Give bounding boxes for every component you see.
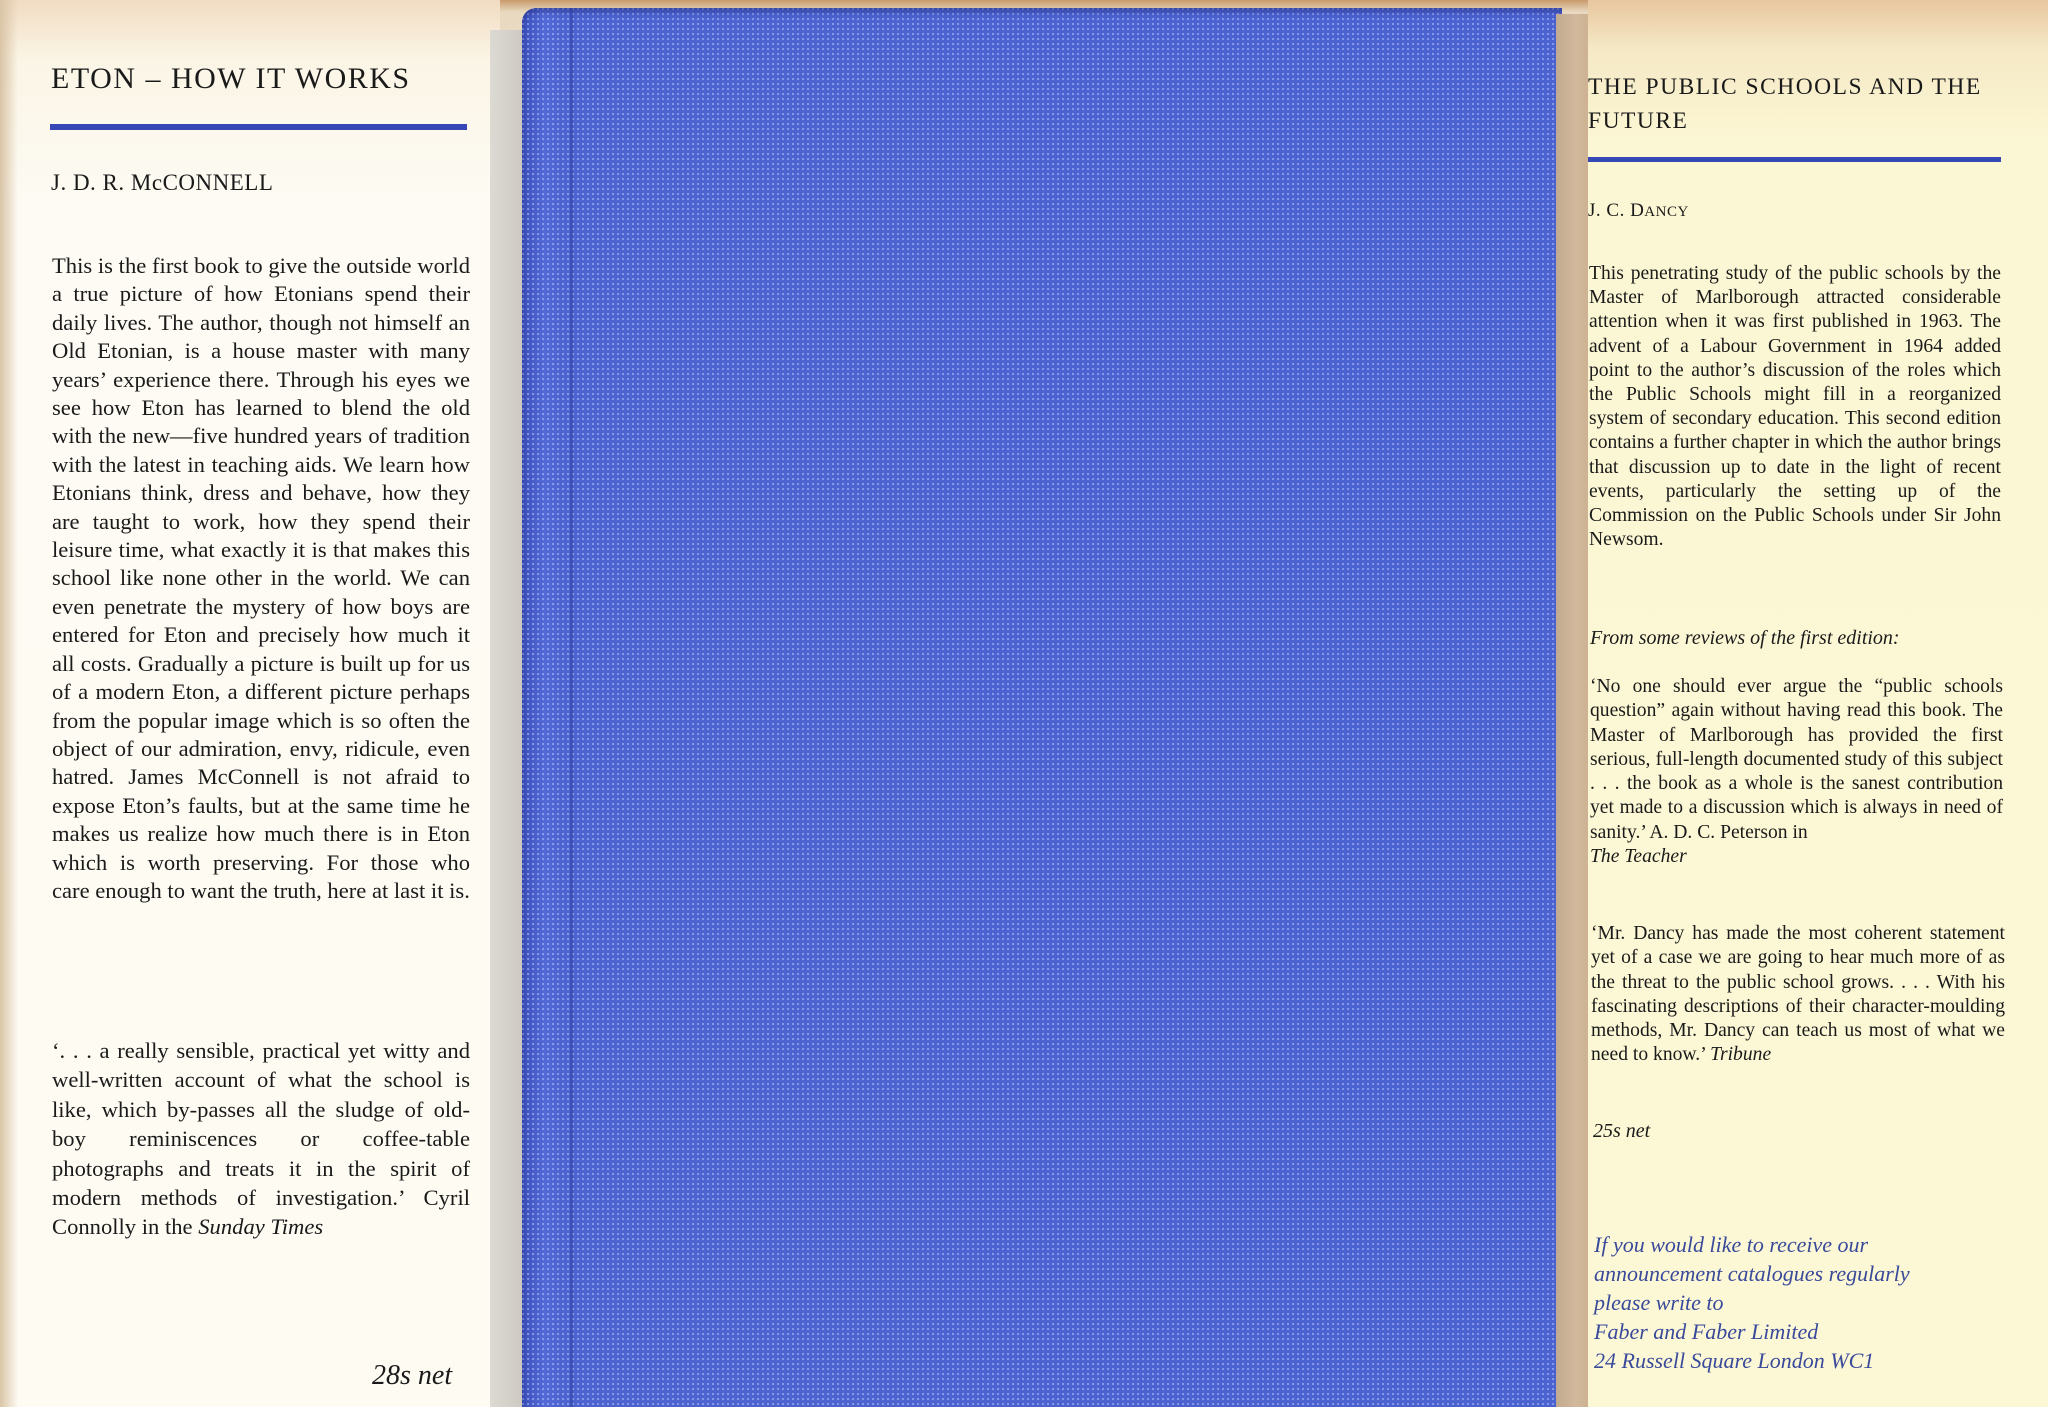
review-source: Tribune <box>1710 1044 1771 1065</box>
review-source: The Teacher <box>1590 846 1687 867</box>
right-flap-title-rule <box>1588 157 2001 162</box>
blue-cloth-board <box>522 8 1562 1407</box>
publisher-name: Faber and Faber Limited <box>1594 1317 2014 1346</box>
review-source: Sunday Times <box>198 1214 323 1239</box>
publisher-catalogue-notice: If you would like to receive our announc… <box>1594 1230 2014 1375</box>
right-flap-price: 25s net <box>1593 1120 1650 1143</box>
publisher-address: 24 Russell Square London WC1 <box>1594 1346 2014 1375</box>
review-paragraph: ‘. . . a really sensible, practical yet … <box>52 1036 470 1242</box>
review-paragraph: ‘No one should ever argue the “public sc… <box>1590 675 2003 869</box>
right-flap-blurb: This penetrating study of the public sch… <box>1589 262 2001 552</box>
right-flap-author: J. C. DANCY <box>1588 200 1689 222</box>
author-surname-smallcaps: ANCY <box>1644 204 1689 220</box>
board-hinge-groove <box>570 8 573 1407</box>
right-flap-title: THE PUBLIC SCHOOLS AND THE FUTURE <box>1588 70 2008 138</box>
left-flap-blurb: This is the first book to give the outsi… <box>52 252 470 905</box>
left-flap-title: ETON – HOW IT WORKS <box>51 62 411 96</box>
promo-line: announcement catalogues regularly <box>1594 1259 2014 1288</box>
left-flap-author: J. D. R. McCONNELL <box>51 170 273 196</box>
author-initials: J. C. D <box>1588 200 1644 221</box>
review-text: ‘. . . a really sensible, practical yet … <box>52 1038 470 1239</box>
review-paragraph: ‘Mr. Dancy has made the most coherent st… <box>1591 922 2005 1068</box>
review-quote-1: ‘No one should ever argue the “public sc… <box>1590 675 2003 869</box>
left-flap-price: 28s net <box>372 1360 452 1392</box>
review-text: ‘No one should ever argue the “public sc… <box>1590 676 2003 843</box>
blurb-paragraph: This is the first book to give the outsi… <box>52 252 470 905</box>
promo-line: If you would like to receive our <box>1594 1230 2014 1259</box>
author-initials: J. D. R. M <box>51 170 152 195</box>
author-small-c: c <box>152 170 163 195</box>
left-flap-title-rule <box>50 124 467 130</box>
blurb-paragraph: This penetrating study of the public sch… <box>1589 262 2001 552</box>
reviews-heading: From some reviews of the first edition: <box>1590 627 1900 650</box>
review-quote-2: ‘Mr. Dancy has made the most coherent st… <box>1591 922 2005 1068</box>
promo-line: please write to <box>1594 1288 2014 1317</box>
review-text: ‘Mr. Dancy has made the most coherent st… <box>1591 923 2005 1065</box>
left-flap-review-quote: ‘. . . a really sensible, practical yet … <box>52 1036 470 1242</box>
author-surname: CONNELL <box>163 170 274 195</box>
